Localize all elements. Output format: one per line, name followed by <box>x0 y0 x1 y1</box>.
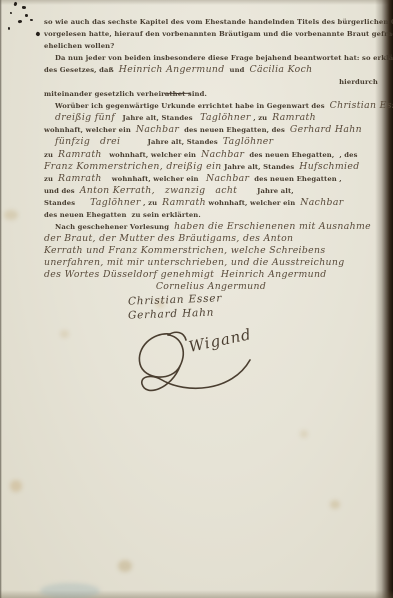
handwritten-text: Gerhard Hahn <box>290 124 362 135</box>
registrar-signature-flourish: Wigand <box>128 322 288 411</box>
document-line: so wie auch das sechste Kapitel des vom … <box>44 13 378 25</box>
document-line: zu Ramrath wohnhaft, welcher ein Nachbar… <box>44 170 378 182</box>
document-line: dreißig fünf Jahre alt, Standes Taglöhne… <box>44 109 378 121</box>
printed-text: wohnhaft, welcher ein <box>206 199 300 207</box>
document-line: Nach geschehener Vorlesung haben die Ers… <box>44 218 378 230</box>
document-page: so wie auch das sechste Kapitel des vom … <box>0 0 393 598</box>
document-line: Da nun jeder von beiden insbesondere die… <box>44 49 378 61</box>
printed-text: hierdurch <box>339 78 378 86</box>
document-line: Kerrath und Franz Kommerstrichen, welche… <box>44 242 378 254</box>
document-line: vorgelesen hatte, hierauf den vorbenannt… <box>44 25 378 37</box>
document-line: Standes Taglöhner , zu Ramrath wohnhaft,… <box>44 194 378 206</box>
page-edge-left <box>0 0 2 598</box>
document-line: miteinander gesetzlich verheirathet sind… <box>44 85 378 97</box>
document-line: ehelichen wollen? <box>44 37 378 49</box>
document-line: zu Ramrath wohnhaft, welcher ein Nachbar… <box>44 146 378 158</box>
handwritten-text: Cornelius Angermund <box>156 281 266 292</box>
text-block: so wie auch das sechste Kapitel des vom … <box>44 13 378 290</box>
document-line: Worüber ich gegenwärtige Urkunde erricht… <box>44 97 378 109</box>
handwritten-text: Heinrich Angermund <box>119 64 225 75</box>
printed-text: und <box>225 66 250 74</box>
witness-signature: Gerhard Hahn <box>128 306 223 323</box>
printed-text: des Gesetzes, daß <box>44 66 119 74</box>
document-line: und des Anton Kerrath, zwanzig acht Jahr… <box>44 182 378 194</box>
handwritten-text: Nachbar <box>300 197 343 208</box>
paper-stain <box>4 210 18 220</box>
witness-signatures: Christian EsserGerhard Hahn <box>128 294 222 321</box>
registrar-signature-text: Wigand <box>187 325 253 356</box>
paper-stain <box>330 500 340 509</box>
paper-stain <box>10 480 22 492</box>
handwritten-text: Christian Esser, <box>330 100 393 111</box>
paper-stain <box>300 430 308 438</box>
page-edge-bottom <box>0 590 393 598</box>
document-line: des Gesetzes, daß Heinrich Angermund und… <box>44 61 378 73</box>
document-line: Franz Kommerstrichen, dreißig ein Jahre … <box>44 158 378 170</box>
page-edge-top <box>0 0 393 5</box>
handwritten-text: Cäcilia Koch <box>250 64 313 75</box>
document-line: wohnhaft, welcher ein Nachbar des neuen … <box>44 121 378 133</box>
paper-stain <box>60 330 69 338</box>
paper-stain <box>118 560 132 572</box>
document-line: unerfahren, mit mir unterschrieben, und … <box>44 254 378 266</box>
